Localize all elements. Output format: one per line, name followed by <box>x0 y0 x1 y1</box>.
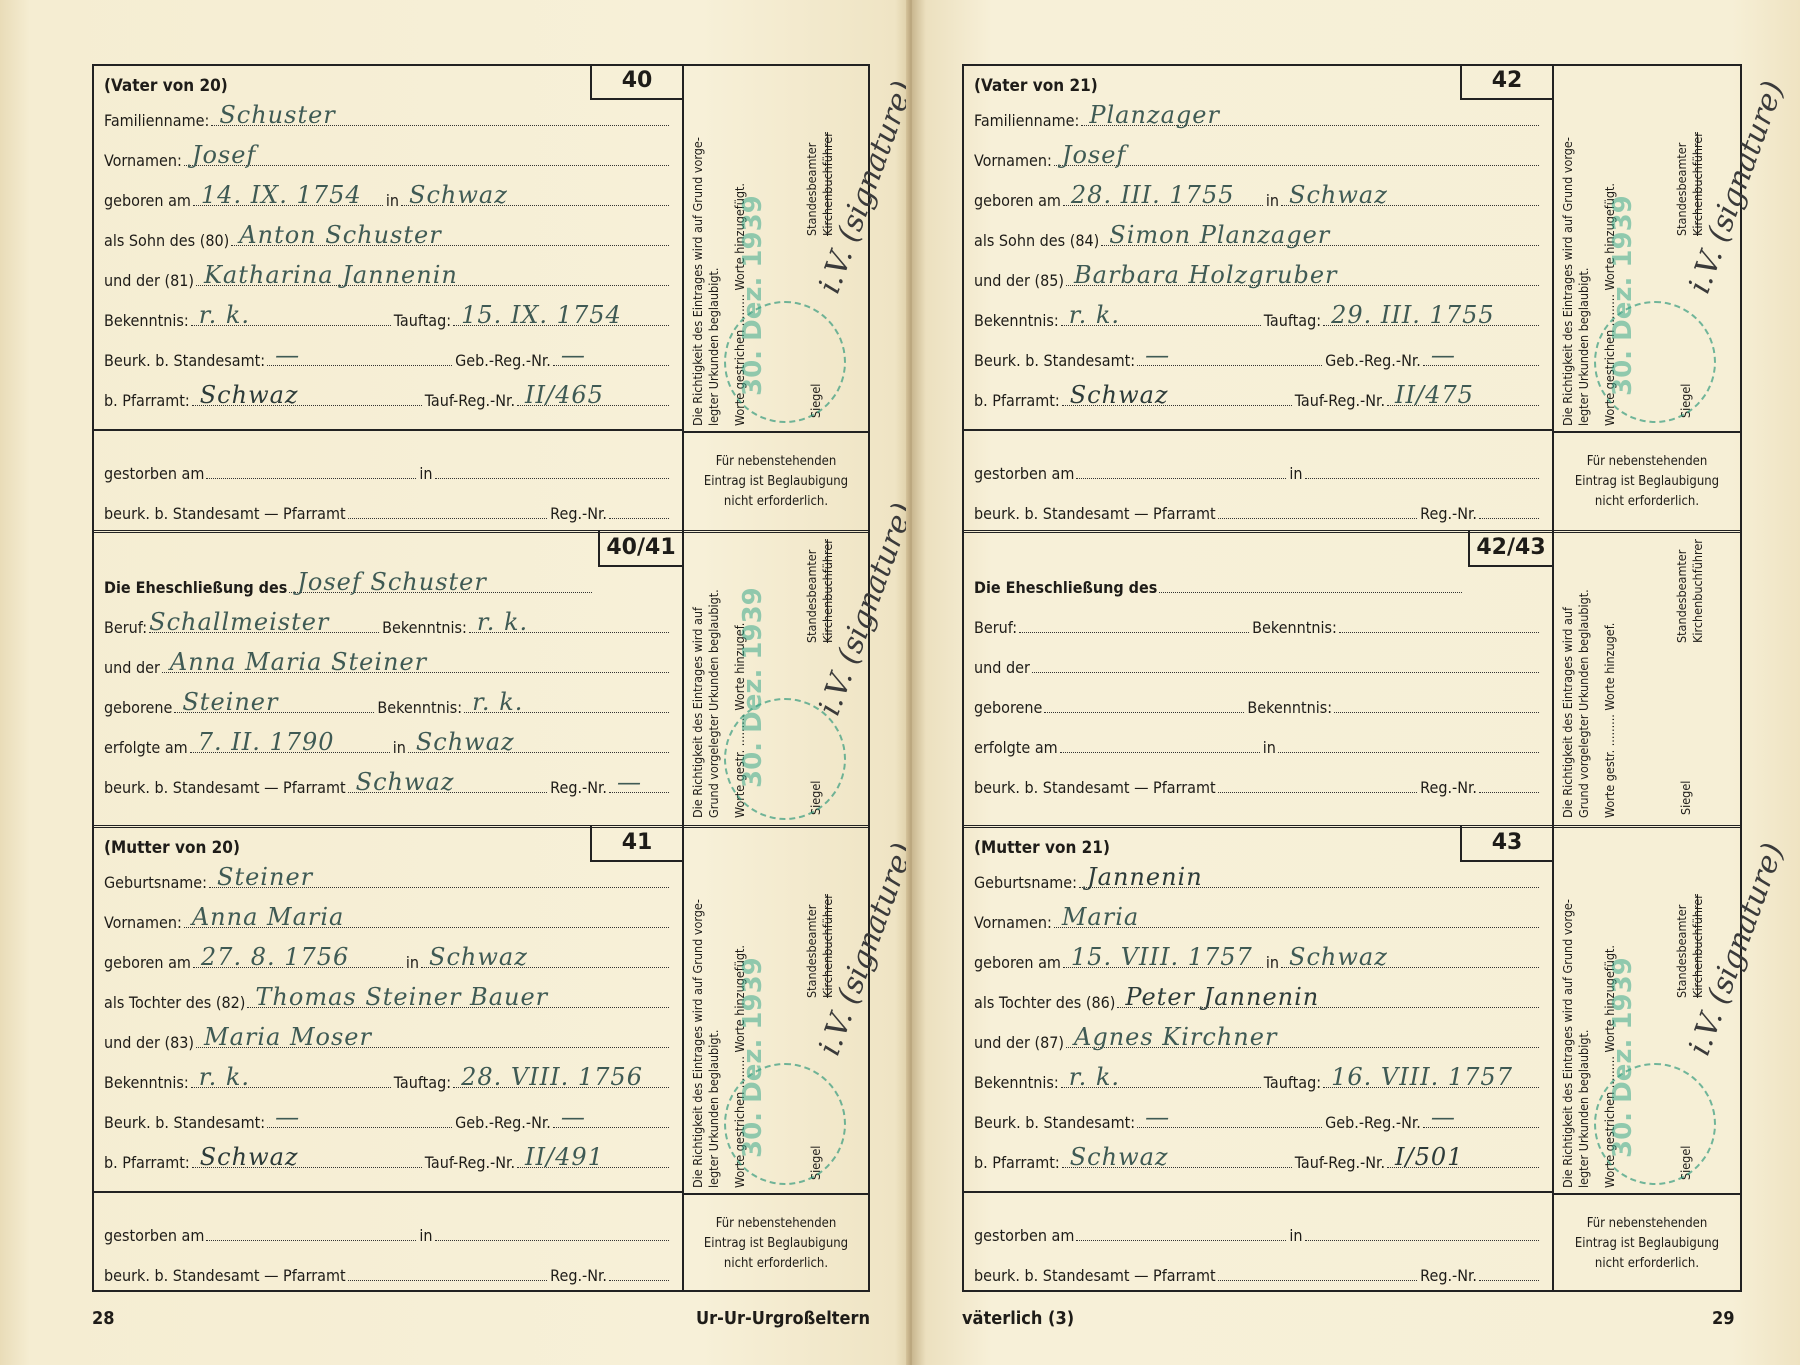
entry-number: 43 <box>1460 826 1554 862</box>
bride-bekenntnis-field[interactable]: r. k. <box>464 698 669 713</box>
beruf-field[interactable]: Schallmeister <box>149 618 379 633</box>
geb-reg-nr-field[interactable]: — <box>1423 1113 1539 1128</box>
father-of-field[interactable]: Anton Schuster <box>231 231 669 246</box>
father-of-field[interactable]: Peter Jannenin <box>1117 993 1539 1008</box>
tauftag-field[interactable]: 28. VIII. 1756 <box>453 1073 669 1088</box>
father-entry: 40 (Vater von 20) Familienname:Schuster … <box>94 66 684 530</box>
standesamt-field[interactable]: — <box>267 351 452 366</box>
geboren-in-field[interactable]: Schwaz <box>1281 953 1539 968</box>
bekenntnis-field[interactable]: r. k. <box>191 311 391 326</box>
geb-reg-nr-field[interactable]: — <box>553 1113 669 1128</box>
vornamen-field[interactable]: Josef <box>1054 151 1539 166</box>
gestorben-in-field[interactable] <box>435 1226 669 1241</box>
mother-of-field[interactable]: Agnes Kirchner <box>1066 1033 1539 1048</box>
certification-note: Für nebenstehendenEintrag ist Beglaubigu… <box>684 1193 868 1292</box>
gestorben-am-field[interactable] <box>1076 464 1286 479</box>
erfolgte-am-field[interactable]: 7. II. 1790 <box>190 738 390 753</box>
tauftag-field[interactable]: 29. III. 1755 <box>1323 311 1539 326</box>
gestorben-in-field[interactable] <box>1305 1226 1539 1241</box>
bekenntnis-field[interactable]: r. k. <box>1061 311 1261 326</box>
death-reg-nr-field[interactable] <box>1479 504 1539 519</box>
groom-bekenntnis-field[interactable] <box>1339 618 1539 633</box>
page-number: 28 <box>92 1308 115 1329</box>
date-stamp: 30. Dez. 1939 <box>738 957 768 1158</box>
mother-section-43: 43 (Mutter von 21) Geburtsname:Jannenin … <box>964 828 1740 1292</box>
geborene-field[interactable] <box>1044 698 1244 713</box>
death-register-field[interactable] <box>1218 1266 1418 1281</box>
standesamt-field[interactable]: — <box>1137 1113 1322 1128</box>
bekenntnis-row: Bekenntnis:r. k.Tauftag:15. IX. 1754 <box>104 300 672 330</box>
geboren-in-field[interactable]: Schwaz <box>1281 191 1539 206</box>
death-reg-nr-field[interactable] <box>609 1266 669 1281</box>
certification-note: Für nebenstehendenEintrag ist Beglaubigu… <box>1554 1193 1740 1292</box>
entry-number: 40/41 <box>598 531 684 567</box>
death-register-field[interactable] <box>348 1266 548 1281</box>
certification-note: Für nebenstehendenEintrag ist Beglaubigu… <box>1554 431 1740 530</box>
tauf-reg-nr-field[interactable]: II/475 <box>1387 391 1539 406</box>
erfolgte-am-field[interactable] <box>1060 738 1260 753</box>
familienname-field[interactable]: Schuster <box>211 111 669 126</box>
geb-reg-nr-field[interactable]: — <box>553 351 669 366</box>
marriage-groom-field[interactable] <box>1159 578 1462 593</box>
geboren-row: geboren am14. IX. 1754inSchwaz <box>104 180 672 210</box>
page-footer-title: väterlich (3) <box>962 1308 1074 1329</box>
entry-number: 40 <box>590 64 684 100</box>
marriage-reg-nr-field[interactable] <box>1479 778 1539 793</box>
standesamt-field[interactable]: — <box>1137 351 1322 366</box>
mother-of-field[interactable]: Katharina Jannenin <box>196 271 669 286</box>
beruf-field[interactable] <box>1019 618 1249 633</box>
bride-field[interactable] <box>1032 658 1539 673</box>
geboren-am-field[interactable]: 28. III. 1755 <box>1063 191 1263 206</box>
als-sohn-row: als Sohn des (80)Anton Schuster <box>104 220 672 250</box>
pfarramt-field[interactable]: Schwaz <box>192 391 422 406</box>
left-page: 40 (Vater von 20) Familienname:Schuster … <box>0 0 912 1365</box>
pfarramt-field[interactable]: Schwaz <box>192 1153 422 1168</box>
death-reg-nr-field[interactable] <box>609 504 669 519</box>
date-stamp: 30. Dez. 1939 <box>738 195 768 396</box>
right-page: 42 (Vater von 21) Familienname:Planzager… <box>912 0 1800 1365</box>
father-section-40: 40 (Vater von 20) Familienname:Schuster … <box>94 66 868 533</box>
geburtsname-field[interactable]: Jannenin <box>1079 873 1539 888</box>
geboren-am-field[interactable]: 27. 8. 1756 <box>193 953 403 968</box>
entry-number: 42/43 <box>1468 531 1554 567</box>
entry-heading: (Mutter von 21) <box>974 838 1110 858</box>
father-of-field[interactable]: Thomas Steiner Bauer <box>247 993 669 1008</box>
tauftag-field[interactable]: 16. VIII. 1757 <box>1323 1073 1539 1088</box>
pfarramt-field[interactable]: Schwaz <box>1062 1153 1292 1168</box>
gestorben-am-field[interactable] <box>206 464 416 479</box>
und-der-row: und der (81)Katharina Jannenin <box>104 260 672 290</box>
ancestor-form-left: 40 (Vater von 20) Familienname:Schuster … <box>92 64 870 1292</box>
entry-heading: (Vater von 21) <box>974 76 1098 96</box>
marriage-register-field[interactable] <box>1218 778 1418 793</box>
father-section-42: 42 (Vater von 21) Familienname:Planzager… <box>964 66 1740 533</box>
marriage-section-42-43: 42/43 Die Eheschließung des Beruf:Bekenn… <box>964 533 1740 828</box>
entry-heading: (Vater von 20) <box>104 76 228 96</box>
geboren-am-field[interactable]: 15. VIII. 1757 <box>1063 953 1263 968</box>
tauf-reg-nr-field[interactable]: II/465 <box>517 391 669 406</box>
entry-number: 41 <box>590 826 684 862</box>
pfarramt-row: b. Pfarramt:SchwazTauf-Reg.-Nr.II/465 <box>104 380 672 410</box>
date-stamp: 30. Dez. 1939 <box>738 587 768 788</box>
geborene-field[interactable]: Steiner <box>174 698 374 713</box>
page-footer-title: Ur-Ur-Urgroßeltern <box>696 1308 870 1329</box>
certification-column: Die Richtigkeit des Eintrages wird auf G… <box>1554 828 1740 1292</box>
father-of-field[interactable]: Simon Planzager <box>1101 231 1539 246</box>
page-number: 29 <box>1712 1308 1735 1329</box>
marriage-reg-nr-field[interactable]: — <box>609 778 669 793</box>
death-reg-nr-field[interactable] <box>1479 1266 1539 1281</box>
certification-column: Die Richtigkeit des Eintrages wird auf G… <box>684 828 868 1292</box>
bekenntnis-field[interactable]: r. k. <box>1061 1073 1261 1088</box>
entry-number: 42 <box>1460 64 1554 100</box>
gestorben-am-field[interactable] <box>206 1226 416 1241</box>
standesamt-row: Beurk. b. Standesamt:—Geb.-Reg.-Nr.— <box>104 340 672 370</box>
death-register-field[interactable] <box>1218 504 1418 519</box>
death-block: gestorben amin beurk. b. Standesamt — Pf… <box>94 431 682 530</box>
date-stamp: 30. Dez. 1939 <box>1608 195 1638 396</box>
certification-column: Die Richtigkeit des Eintrages wird auf G… <box>684 533 868 825</box>
vornamen-row: Vornamen:Josef <box>104 140 672 170</box>
geboren-am-field[interactable]: 14. IX. 1754 <box>193 191 383 206</box>
tauf-reg-nr-field[interactable]: II/491 <box>517 1153 669 1168</box>
mother-of-field[interactable]: Barbara Holzgruber <box>1066 271 1539 286</box>
ancestor-form-right: 42 (Vater von 21) Familienname:Planzager… <box>962 64 1742 1292</box>
mother-of-field[interactable]: Maria Moser <box>196 1033 669 1048</box>
certification-note: Für nebenstehendenEintrag ist Beglaubigu… <box>684 431 868 530</box>
familienname-field[interactable]: Planzager <box>1081 111 1539 126</box>
erfolgte-in-field[interactable]: Schwaz <box>408 738 669 753</box>
mother-section-41: 41 (Mutter von 20) Geburtsname:Steiner V… <box>94 828 868 1292</box>
vornamen-field[interactable]: Maria <box>1054 913 1539 928</box>
geboren-in-field[interactable]: Schwaz <box>401 191 669 206</box>
certification-column: Die Richtigkeit des Eintrages wird auf G… <box>1554 66 1740 530</box>
death-register-field[interactable] <box>348 504 548 519</box>
bekenntnis-field[interactable]: r. k. <box>191 1073 391 1088</box>
vornamen-field[interactable]: Anna Maria <box>184 913 669 928</box>
pfarramt-field[interactable]: Schwaz <box>1062 391 1292 406</box>
entry-heading: (Mutter von 20) <box>104 838 240 858</box>
marriage-groom-field[interactable]: Josef Schuster <box>289 578 592 593</box>
bride-field[interactable]: Anna Maria Steiner <box>162 658 669 673</box>
tauf-reg-nr-field[interactable]: I/501 <box>1387 1153 1539 1168</box>
erfolgte-in-field[interactable] <box>1278 738 1539 753</box>
marriage-register-field[interactable]: Schwaz <box>348 778 548 793</box>
groom-bekenntnis-field[interactable]: r. k. <box>469 618 669 633</box>
gestorben-in-field[interactable] <box>435 464 669 479</box>
familienname-row: Familienname:Schuster <box>104 100 672 130</box>
date-stamp: 30. Dez. 1939 <box>1608 957 1638 1158</box>
certification-column: Die Richtigkeit des Eintrages wird auf G… <box>1554 533 1740 825</box>
gestorben-am-field[interactable] <box>1076 1226 1286 1241</box>
geb-reg-nr-field[interactable]: — <box>1423 351 1539 366</box>
gestorben-in-field[interactable] <box>1305 464 1539 479</box>
bride-bekenntnis-field[interactable] <box>1334 698 1539 713</box>
standesamt-field[interactable]: — <box>267 1113 452 1128</box>
marriage-section-40-41: 40/41 Die Eheschließung desJosef Schuste… <box>94 533 868 828</box>
geboren-in-field[interactable]: Schwaz <box>421 953 669 968</box>
geburtsname-field[interactable]: Steiner <box>209 873 669 888</box>
tauftag-field[interactable]: 15. IX. 1754 <box>453 311 669 326</box>
certification-column: Die Richtigkeit des Eintrages wird auf G… <box>684 66 868 530</box>
vornamen-field[interactable]: Josef <box>184 151 669 166</box>
